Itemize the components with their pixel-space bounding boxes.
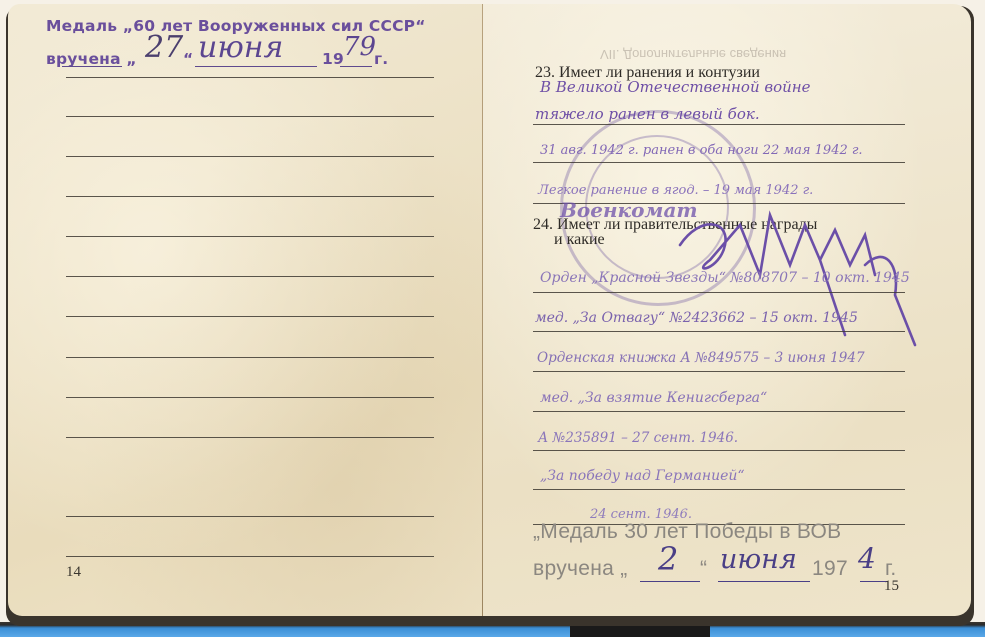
- ruled-line: [66, 357, 434, 358]
- ruled-line: [533, 371, 905, 372]
- ruled-line: [66, 397, 434, 398]
- ruled-line: [66, 556, 434, 557]
- handwritten-line: 31 авг. 1942 г. ранен в оба ноги 22 мая …: [540, 143, 863, 158]
- page-number-right: 15: [884, 578, 899, 595]
- ruled-line: [66, 236, 434, 237]
- ruled-line: [533, 331, 905, 332]
- ruled-line: [533, 124, 905, 125]
- handwritten-year: 4: [858, 542, 876, 575]
- ruled-line: [66, 116, 434, 117]
- handwritten-line: В Великой Отечественной войне: [540, 78, 811, 96]
- bleed-through-text: VII. Дополнительные сведения: [600, 47, 786, 62]
- ruled-line: [66, 437, 434, 438]
- handwritten-line: „За победу над Германией“: [540, 468, 745, 484]
- ruled-line: [66, 276, 434, 277]
- handwritten-line: мед. „За взятие Кенигсберга“: [540, 390, 767, 406]
- handwritten-month: июня: [720, 544, 797, 575]
- question-24-label-cont: и какие: [554, 231, 605, 249]
- ruled-line: [66, 156, 434, 157]
- stamp-year-end: г.: [374, 50, 388, 68]
- stamp-label-vruchena: вручена „: [533, 557, 628, 581]
- stamp-year-prefix: 197: [812, 557, 848, 581]
- ruled-line: [66, 196, 434, 197]
- handwritten-line: тяжело ранен в левый бок.: [535, 105, 760, 123]
- ruled-line: [66, 77, 434, 78]
- handwritten-line: Орденская книжка А №849575 – 3 июня 1947: [537, 350, 865, 366]
- handwritten-day: 27: [145, 30, 183, 65]
- page-number-left: 14: [66, 564, 81, 581]
- handwritten-line: Орден „Красной Звезды“ №808707 – 10 окт.…: [540, 270, 910, 286]
- underline: [62, 66, 122, 67]
- ruled-line: [533, 162, 905, 163]
- ruled-line: [66, 316, 434, 317]
- stamp-quote: “: [183, 50, 193, 68]
- ruled-line: [66, 516, 434, 517]
- underline: [195, 66, 317, 67]
- underline: [718, 581, 810, 582]
- ruled-line: [533, 292, 905, 293]
- underline: [640, 581, 700, 582]
- handwritten-day: 2: [658, 540, 678, 578]
- medal-30-years-stamp-line1: „Медаль 30 лет Победы в ВОВ: [533, 520, 842, 544]
- ruled-line: [533, 450, 905, 451]
- handwritten-month: июня: [198, 30, 283, 65]
- handwritten-year: 79: [343, 32, 376, 62]
- ruled-line: [533, 411, 905, 412]
- stamp-quote: “: [700, 557, 707, 581]
- handwritten-line: мед. „За Отвагу“ №2423662 – 15 окт. 1945: [535, 310, 858, 326]
- handwritten-line: А №235891 – 27 сент. 1946.: [538, 430, 738, 446]
- left-page: [8, 4, 483, 616]
- underline: [340, 66, 372, 67]
- ruled-line: [533, 489, 905, 490]
- handwritten-line: Легкое ранение в ягод. – 19 мая 1942 г.: [538, 183, 813, 198]
